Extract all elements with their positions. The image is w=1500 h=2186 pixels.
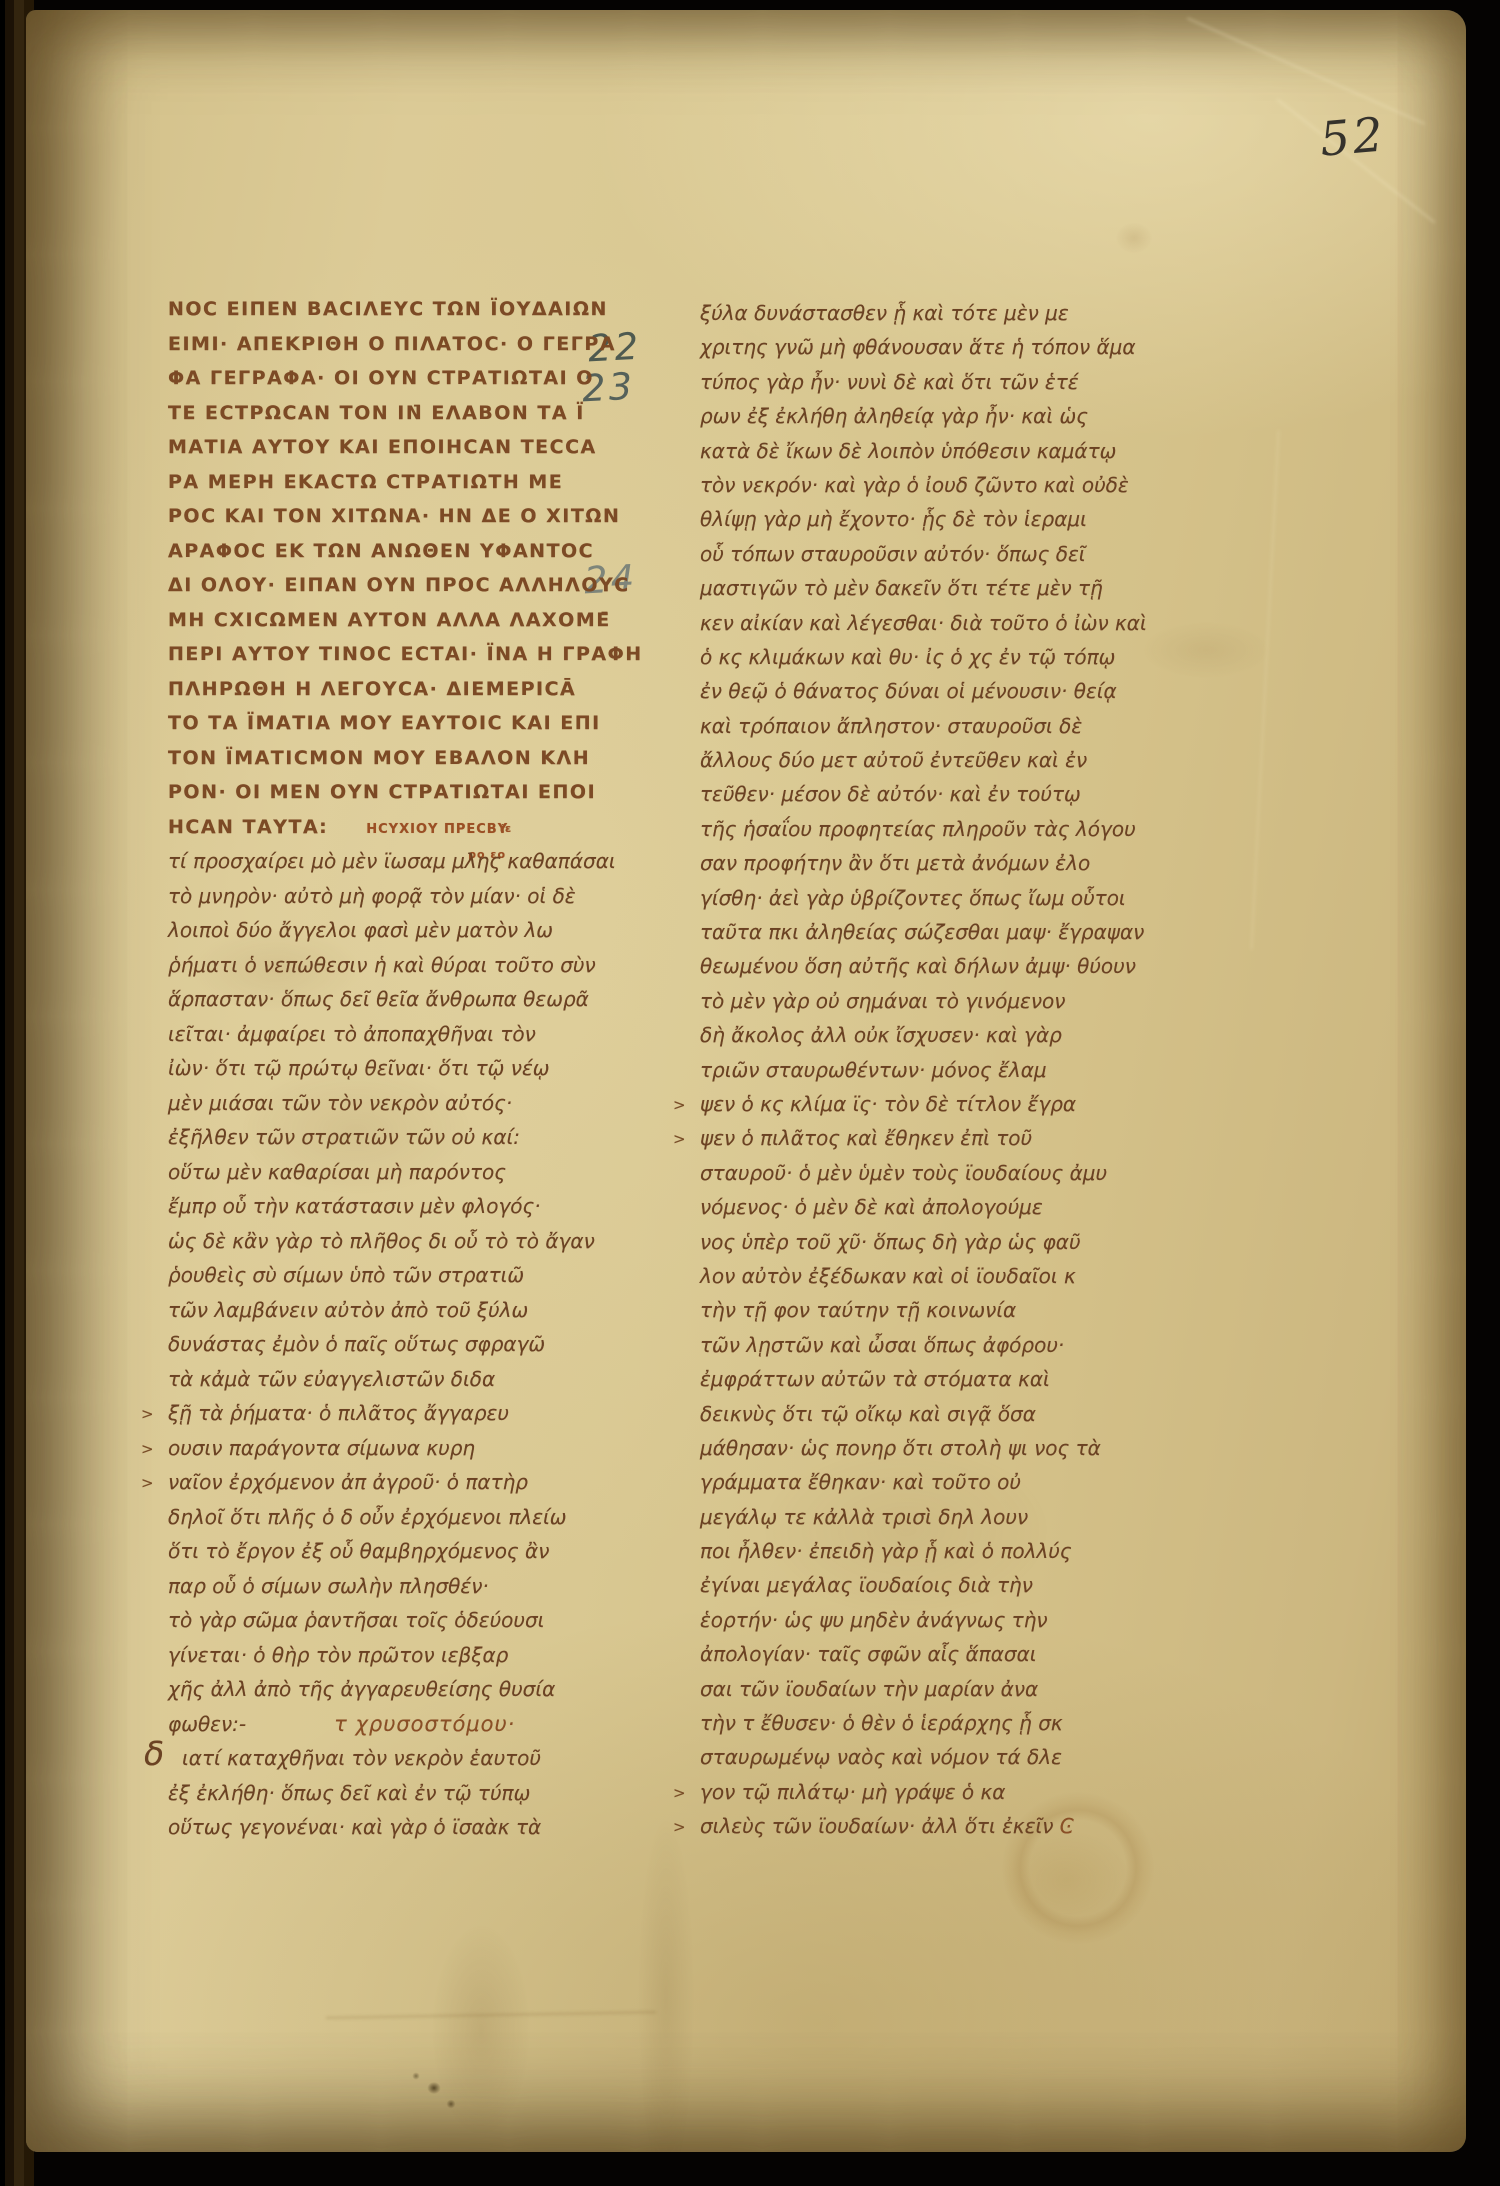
line-text: μαστιγῶν τὸ μὲν δακεῖν ὅτι τέτε μὲν τῇ	[700, 576, 1103, 600]
manuscript-line: σταυροῦ· ὁ μὲν ὑμὲν τοὺς ϊουδαίους ἀμυ	[700, 1156, 1180, 1190]
manuscript-line: ἐν θεῷ ὁ θάνατος δύναι οἱ μένουσιν· θείᾳ	[700, 674, 1180, 708]
line-text: ξῇ τὰ ῥήματα· ὁ πιλᾶτος ἄγγαρευ	[168, 1401, 509, 1425]
manuscript-line: νος ὑπὲρ τοῦ χῦ· ὅπως δὴ γὰρ ὡς φαῦ	[700, 1225, 1180, 1259]
manuscript-line: ἐξῆλθεν τῶν στρατιῶν τῶν οὐ καί:	[168, 1120, 604, 1155]
manuscript-line: καὶ τρόπαιον ἄπληστον· σταυροῦσι δὲ	[700, 709, 1180, 743]
line-text: παρ οὗ ὁ σίμων σωλὴν πλησθέν·	[168, 1574, 489, 1598]
manuscript-line: γίνεται· ὁ θὴρ τὸν πρῶτον ιεβξαρ	[168, 1638, 604, 1673]
line-text: τριῶν σταυρωθέντων· μόνος ἔλαμ	[700, 1058, 1047, 1082]
manuscript-line: φωθεν:-τ χρυσοστόμου·	[168, 1707, 604, 1742]
manuscript-line: ΗϹΑΝ ΤΑΥΤΑ:ΗϹΥΧΙΟΥ ΠΡΕϹΒΥϊερο εο	[168, 810, 604, 845]
line-text: τὸ μὲν γὰρ οὐ σημάναι τὸ γινόμενον	[700, 989, 1065, 1013]
line-text: ὡς δὲ κἂν γὰρ τὸ πλῆθος δι οὗ τὸ τὸ ἄγαν	[168, 1229, 595, 1253]
line-text: σαν προφήτην ἂν ὅτι μετὰ ἀνόμων ἐλο	[700, 851, 1090, 875]
manuscript-line: ἑορτήν· ὡς ψυ μηδὲν ἀνάγνως τὴν	[700, 1603, 1180, 1637]
manuscript-line: μὲν μιάσαι τῶν τὸν νεκρὸν αὐτός·	[168, 1086, 604, 1121]
manuscript-line: >ψεν ὁ κς κλίμα ϊς· τὸν δὲ τίτλον ἔγρα	[700, 1087, 1180, 1121]
line-text: νόμενος· ὁ μὲν δὲ καὶ ἀπολογούμε	[700, 1195, 1043, 1219]
manuscript-line: ΜΗ ϹΧΙϹΩΜΕΝ ΑΥΤΟΝ ΑΛΛΑ ΛΑΧΟΜΕ̄	[168, 603, 604, 638]
line-text: κεν αἰκίαν καὶ λέγεσθαι· διὰ τοῦτο ὁ ἰὼν…	[700, 611, 1147, 635]
line-text: τὴν τ ἔθυσεν· ὁ θὲν ὁ ἱεράρχης ᾗ σκ	[700, 1711, 1063, 1735]
manuscript-line: ΡΟΝ· ΟΙ ΜΕΝ ΟΥΝ ϹΤΡΑΤΙΩΤΑΙ ΕΠΟΙ	[168, 775, 604, 810]
manuscript-line: ῥήματι ὁ νεπώθεσιν ἡ καὶ θύραι τοῦτο σὺν	[168, 948, 604, 983]
line-text: οὗ τόπων σταυροῦσιν αὐτόν· ὅπως δεῖ	[700, 542, 1086, 566]
manuscript-line: γίσθη· ἀεὶ γὰρ ὑβρίζοντες ὅπως ἴωμ οὗτοι	[700, 881, 1180, 915]
manuscript-line: τῶν λαμβάνειν αὐτὸν ἀπὸ τοῦ ξύλω	[168, 1293, 604, 1328]
line-text: χῆς ἀλλ ἀπὸ τῆς ἀγγαρευθείσης θυσία	[168, 1677, 555, 1701]
chrysostom-section-heading: τ χρυσοστόμου·	[334, 1712, 515, 1736]
manuscript-line: >σιλεὺς τῶν ϊουδαίων· ἀλλ ὅτι ἐκεῖν Ͼ	[700, 1809, 1180, 1843]
manuscript-line: οὗ τόπων σταυροῦσιν αὐτόν· ὅπως δεῖ	[700, 537, 1180, 571]
line-text: θεωμένου ὅση αὐτῆς καὶ δήλων ἀμψ· θύουν	[700, 954, 1136, 978]
diple-quote-mark: >	[673, 1088, 686, 1122]
manuscript-line: τί προσχαίρει μὸ μὲν ϊωσαμ μλης καθαπάσα…	[168, 844, 604, 879]
line-text: δυνάστας ἐμὸν ὁ παῖς οὕτως σφραγῶ	[168, 1332, 545, 1356]
line-text: ἰὼν· ὅτι τῷ πρώτῳ θεῖναι· ὅτι τῷ νέῳ	[168, 1056, 550, 1080]
manuscript-line: δεικνὺς ὅτι τῷ οἴκῳ καὶ σιγᾷ ὅσα	[700, 1397, 1180, 1431]
manuscript-line: δυνάστας ἐμὸν ὁ παῖς οὕτως σφραγῶ	[168, 1327, 604, 1362]
end-mark: Ͼ	[1053, 1814, 1073, 1838]
line-text: τὴν τῇ φον ταύτην τῇ κοινωνία	[700, 1298, 1016, 1322]
manuscript-line: ὡς δὲ κἂν γὰρ τὸ πλῆθος δι οὗ τὸ τὸ ἄγαν	[168, 1224, 604, 1259]
line-text: ΑΡΑΦΟϹ ΕΚ ΤΩΝ ΑΝΩΘΕΝ ΥΦΑΝΤΟϹ	[168, 540, 594, 562]
line-text: ξύλα δυνάστασθεν ᾗ καὶ τότε μὲν με	[700, 301, 1069, 325]
line-text: ιεῖται· ἀμφαίρει τὸ ἀποπαχθῆναι τὸν	[168, 1022, 536, 1046]
line-text: ἐξῆλθεν τῶν στρατιῶν τῶν οὐ καί:	[168, 1125, 520, 1149]
line-text: θλίψῃ γὰρ μὴ ἔχοντο· ᾗς δὲ τὸν ἱεραμι	[700, 507, 1087, 531]
line-text: λον αὐτὸν ἐξέδωκαν καὶ οἱ ϊουδαῖοι κ	[700, 1264, 1076, 1288]
manuscript-line: ἅρπασταν· ὅπως δεῖ θεῖα ἄνθρωπα θεωρᾶ	[168, 982, 604, 1017]
line-text: ΜΗ ϹΧΙϹΩΜΕΝ ΑΥΤΟΝ ΑΛΛΑ ΛΑΧΟΜΕ̄	[168, 609, 611, 631]
manuscript-line: οὕτω μὲν καθαρίσαι μὴ παρόντος	[168, 1155, 604, 1190]
line-text: μὲν μιάσαι τῶν τὸν νεκρὸν αὐτός·	[168, 1091, 512, 1115]
line-text: ΤΕ ΕϹΤΡΩϹΑΝ ΤΟΝ ΙΝ̄ ΕΛΑΒΟΝ ΤΑ Ϊ	[168, 402, 585, 424]
line-text: ἐγίναι μεγάλας ϊουδαίοις διὰ τὴν	[700, 1573, 1033, 1597]
manuscript-line: χῆς ἀλλ ἀπὸ τῆς ἀγγαρευθείσης θυσία	[168, 1672, 604, 1707]
manuscript-line: λοιποὶ δύο ἄγγελοι φασὶ μὲν ματὸν λω	[168, 913, 604, 948]
manuscript-line: ὅτι τὸ ἔργον ἐξ οὗ θαμβηρχόμενος ἂν	[168, 1534, 604, 1569]
line-text: σταυρωμένῳ ναὸς καὶ νόμον τά δλε	[700, 1745, 1062, 1769]
line-text: τὸν νεκρόν· καὶ γὰρ ὁ ἰουδ ζῶντο καὶ οὐδ…	[700, 473, 1129, 497]
diple-quote-mark: >	[141, 1432, 154, 1467]
hesychius-attribution: ΗϹΥΧΙΟΥ ΠΡΕϹΒΥϊερο εο	[366, 822, 508, 837]
manuscript-line: τριῶν σταυρωθέντων· μόνος ἔλαμ	[700, 1053, 1180, 1087]
crease-line	[1187, 17, 1425, 125]
manuscript-line: ποι ἦλθεν· ἐπειδὴ γὰρ ᾗ καὶ ὁ πολλύς	[700, 1534, 1180, 1568]
line-text: ιατί καταχθῆναι τὸν νεκρὸν ἑαυτοῦ	[182, 1746, 541, 1770]
line-text: ψεν ὁ κς κλίμα ϊς· τὸν δὲ τίτλον ἔγρα	[700, 1092, 1076, 1116]
manuscript-line: ΤΟ ΤΑ ΪΜΑΤΙΑ ΜΟΥ ΕΑΥΤΟΙϹ ΚΑΙ ΕΠΙ	[168, 706, 604, 741]
manuscript-line: ταῦτα πκι ἀληθείας σώζεσθαι μαψ· ἔγραψαν	[700, 915, 1180, 949]
line-text: τὰ κἀμὰ τῶν εὐαγγελιστῶν διδα	[168, 1367, 495, 1391]
line-text: ΠΕΡΙ ΑΥΤΟΥ ΤΙΝΟϹ ΕϹΤΑΙ· ΪΝΑ Η ΓΡΑΦΗ	[168, 643, 643, 665]
line-text: σιλεὺς τῶν ϊουδαίων· ἀλλ ὅτι ἐκεῖν	[700, 1814, 1053, 1838]
manuscript-line: θεωμένου ὅση αὐτῆς καὶ δήλων ἀμψ· θύουν	[700, 949, 1180, 983]
line-text: οὕτω μὲν καθαρίσαι μὴ παρόντος	[168, 1160, 506, 1184]
manuscript-line: σαν προφήτην ἂν ὅτι μετὰ ἀνόμων ἐλο	[700, 846, 1180, 880]
line-text: δὴ ἄκολος ἀλλ οὐκ ἴσχυσεν· καὶ γὰρ	[700, 1023, 1062, 1047]
manuscript-line: τὴν τῇ φον ταύτην τῇ κοινωνία	[700, 1293, 1180, 1327]
manuscript-line: τεῦθεν· μέσον δὲ αὐτόν· καὶ ἐν τούτῳ	[700, 777, 1180, 811]
line-text: ἐν θεῷ ὁ θάνατος δύναι οἱ μένουσιν· θείᾳ	[700, 679, 1117, 703]
manuscript-line: ἐμφράττων αὐτῶν τὰ στόματα καὶ	[700, 1362, 1180, 1396]
line-text: ρων ἐξ ἐκλήθη ἀληθείᾳ γὰρ ἦν· καὶ ὡς	[700, 404, 1088, 428]
manuscript-line: γράμματα ἔθηκαν· καὶ τοῦτο οὐ	[700, 1465, 1180, 1499]
manuscript-line: παρ οὗ ὁ σίμων σωλὴν πλησθέν·	[168, 1569, 604, 1604]
line-text: ἅρπασταν· ὅπως δεῖ θεῖα ἄνθρωπα θεωρᾶ	[168, 987, 589, 1011]
text-column-right: ξύλα δυνάστασθεν ᾗ καὶ τότε μὲν μεχριτης…	[700, 296, 1180, 1844]
diple-quote-mark: >	[673, 1810, 686, 1844]
manuscript-line: δὴ ἄκολος ἀλλ οὐκ ἴσχυσεν· καὶ γὰρ	[700, 1018, 1180, 1052]
manuscript-line: ΕΙΜΙ· ΑΠΕΚΡΙΘΗ Ο ΠΙΛΑΤΟϹ· Ο ΓΕΓΡΑ	[168, 327, 604, 362]
folio-number: 52	[1318, 107, 1388, 168]
line-text: τῆς ἡσαΐου προφητείας πληροῦν τὰς λόγου	[700, 817, 1136, 841]
manuscript-line: ΔΙ ΟΛΟΥ· ΕΙΠΑΝ ΟΥΝ ΠΡΟϹ ΑΛΛΗΛΟΥϹ	[168, 568, 604, 603]
line-text: μεγάλῳ τε κἀλλὰ τρισὶ δηλ λουν	[700, 1505, 1028, 1529]
manuscript-line: >γον τῷ πιλάτῳ· μὴ γράψε ὁ κα	[700, 1775, 1180, 1809]
manuscript-line: >ξῇ τὰ ῥήματα· ὁ πιλᾶτος ἄγγαρευ	[168, 1396, 604, 1431]
parchment-page: 52 22 23 24 ΝΟϹ ΕΙΠΕΝ ΒΑϹΙΛΕΥϹ ΤΩΝ ΪΟΥΔΑ…	[26, 10, 1466, 2152]
manuscript-line: τὸ γὰρ σῶμα ῥαντῆσαι τοῖς ὁδεύουσι	[168, 1603, 604, 1638]
manuscript-line: τὴν τ ἔθυσεν· ὁ θὲν ὁ ἱεράρχης ᾗ σκ	[700, 1706, 1180, 1740]
manuscript-line: ῥουθεὶς σὺ σίμων ὑπὸ τῶν στρατιῶ	[168, 1258, 604, 1293]
manuscript-line: ἐγίναι μεγάλας ϊουδαίοις διὰ τὴν	[700, 1568, 1180, 1602]
manuscript-line: >ουσιν παράγοντα σίμωνα κυρη	[168, 1431, 604, 1466]
manuscript-line: >ναῖον ἐρχόμενον ἀπ ἀγροῦ· ὁ πατὴρ	[168, 1465, 604, 1500]
line-text: ταῦτα πκι ἀληθείας σώζεσθαι μαψ· ἔγραψαν	[700, 920, 1144, 944]
line-text: τύπος γὰρ ἦν· νυνὶ δὲ καὶ ὅτι τῶν ἑτέ	[700, 370, 1079, 394]
line-text: δηλοῖ ὅτι πλῆς ὁ δ οὖν ἐρχόμενοι πλείω	[168, 1505, 567, 1529]
manuscript-line: ΑΡΑΦΟϹ ΕΚ ΤΩΝ ΑΝΩΘΕΝ ΥΦΑΝΤΟϹ	[168, 534, 604, 569]
manuscript-line: >ψεν ὁ πιλᾶτος καὶ ἔθηκεν ἐπὶ τοῦ	[700, 1121, 1180, 1155]
line-text: ΝΟϹ ΕΙΠΕΝ ΒΑϹΙΛΕΥϹ ΤΩΝ ΪΟΥΔΑΙΩΝ	[168, 298, 608, 320]
line-text: γράμματα ἔθηκαν· καὶ τοῦτο οὐ	[700, 1470, 1021, 1494]
manuscript-line: ξύλα δυνάστασθεν ᾗ καὶ τότε μὲν με	[700, 296, 1180, 330]
line-text: χριτης γνῶ μὴ φθάνουσαν ἅτε ἡ τόπον ἅμα	[700, 335, 1136, 359]
manuscript-line: ΜΑΤΙΑ ΑΥΤΟΥ ΚΑΙ ΕΠΟΙΗϹΑΝ ΤΕϹϹΑ	[168, 430, 604, 465]
manuscript-line: ΤΟΝ ΪΜΑΤΙϹΜΟΝ ΜΟΥ ΕΒΑΛΟΝ ΚΛΗ	[168, 741, 604, 776]
manuscript-line: χριτης γνῶ μὴ φθάνουσαν ἅτε ἡ τόπον ἅμα	[700, 330, 1180, 364]
line-text: γίσθη· ἀεὶ γὰρ ὑβρίζοντες ὅπως ἴωμ οὗτοι	[700, 886, 1126, 910]
manuscript-line: ΡΑ ΜΕΡΗ ΕΚΑϹΤΩ ϹΤΡΑΤΙΩΤΗ ΜΕ	[168, 465, 604, 500]
manuscript-line: ΠΕΡΙ ΑΥΤΟΥ ΤΙΝΟϹ ΕϹΤΑΙ· ΪΝΑ Η ΓΡΑΦΗ	[168, 637, 604, 672]
manuscript-line: ἄλλους δύο μετ αὐτοῦ ἐντεῦθεν καὶ ἐν	[700, 743, 1180, 777]
manuscript-line: ΠΛΗΡΩΘΗ Η ΛΕΓΟΥϹΑ· ΔΙΕΜΕΡΙϹᾹ	[168, 672, 604, 707]
manuscript-line: νόμενος· ὁ μὲν δὲ καὶ ἀπολογούμε	[700, 1190, 1180, 1224]
manuscript-line: λον αὐτὸν ἐξέδωκαν καὶ οἱ ϊουδαῖοι κ	[700, 1259, 1180, 1293]
manuscript-line: μαστιγῶν τὸ μὲν δακεῖν ὅτι τέτε μὲν τῇ	[700, 571, 1180, 605]
line-text: ΡΑ ΜΕΡΗ ΕΚΑϹΤΩ ϹΤΡΑΤΙΩΤΗ ΜΕ	[168, 471, 563, 493]
line-text: τί προσχαίρει μὸ μὲν ϊωσαμ μλης καθαπάσα…	[168, 849, 616, 873]
crease-line	[326, 2011, 656, 2019]
line-text: ψεν ὁ πιλᾶτος καὶ ἔθηκεν ἐπὶ τοῦ	[700, 1126, 1032, 1150]
manuscript-line: ὁ κς κλιμάκων καὶ θυ· ἰς ὁ χς ἐν τῷ τόπῳ	[700, 640, 1180, 674]
manuscript-line: ἔμπρ οὗ τὴν κατάστασιν μὲν φλογός·	[168, 1189, 604, 1224]
line-text: ΗϹΑΝ ΤΑΥΤΑ:	[168, 816, 328, 838]
line-text: τὸ μνηρὸν· αὐτὸ μὴ φορᾷ τὸν μίαν· οἱ δὲ	[168, 884, 576, 908]
line-text: δεικνὺς ὅτι τῷ οἴκῳ καὶ σιγᾷ ὅσα	[700, 1402, 1036, 1426]
manuscript-line: ρων ἐξ ἐκλήθη ἀληθείᾳ γὰρ ἦν· καὶ ὡς	[700, 399, 1180, 433]
diple-quote-mark: >	[673, 1122, 686, 1156]
line-text: οὕτως γεγονέναι· καὶ γὰρ ὁ ϊσαὰκ τὰ	[168, 1815, 541, 1839]
line-text: ἄλλους δύο μετ αὐτοῦ ἐντεῦθεν καὶ ἐν	[700, 748, 1087, 772]
line-text: ΠΛΗΡΩΘΗ Η ΛΕΓΟΥϹΑ· ΔΙΕΜΕΡΙϹᾹ	[168, 678, 576, 700]
manuscript-line: ΝΟϹ ΕΙΠΕΝ ΒΑϹΙΛΕΥϹ ΤΩΝ ΪΟΥΔΑΙΩΝ	[168, 292, 604, 327]
manuscript-line: σταυρωμένῳ ναὸς καὶ νόμον τά δλε	[700, 1740, 1180, 1774]
manuscript-line: τὸ μὲν γὰρ οὐ σημάναι τὸ γινόμενον	[700, 984, 1180, 1018]
line-text: σταυροῦ· ὁ μὲν ὑμὲν τοὺς ϊουδαίους ἀμυ	[700, 1161, 1107, 1185]
line-text: σαι τῶν ϊουδαίων τὴν μαρίαν ἀνα	[700, 1677, 1038, 1701]
manuscript-line: δηλοῖ ὅτι πλῆς ὁ δ οὖν ἐρχόμενοι πλείω	[168, 1500, 604, 1535]
line-text: νος ὑπὲρ τοῦ χῦ· ὅπως δὴ γὰρ ὡς φαῦ	[700, 1230, 1081, 1254]
line-text: τῶν λῃστῶν καὶ ὦσαι ὅπως ἀφόρου·	[700, 1333, 1064, 1357]
manuscript-line: τῶν λῃστῶν καὶ ὦσαι ὅπως ἀφόρου·	[700, 1328, 1180, 1362]
line-text: ΤΟ ΤΑ ΪΜΑΤΙΑ ΜΟΥ ΕΑΥΤΟΙϹ ΚΑΙ ΕΠΙ	[168, 712, 601, 734]
line-text: ῥουθεὶς σὺ σίμων ὑπὸ τῶν στρατιῶ	[168, 1263, 524, 1287]
diple-quote-mark: >	[141, 1397, 154, 1432]
line-text: ἀπολογίαν· ταῖς σφῶν αἷς ἅπασαι	[700, 1642, 1037, 1666]
line-text: ΡΟΝ· ΟΙ ΜΕΝ ΟΥΝ ϹΤΡΑΤΙΩΤΑΙ ΕΠΟΙ	[168, 781, 596, 803]
line-text: ἐξ ἐκλήθη· ὅπως δεῖ καὶ ἐν τῷ τύπῳ	[168, 1781, 530, 1805]
line-text: ὅτι τὸ ἔργον ἐξ οὗ θαμβηρχόμενος ἂν	[168, 1539, 549, 1563]
crease-line	[1250, 430, 1279, 949]
manuscript-line: τῆς ἡσαΐου προφητείας πληροῦν τὰς λόγου	[700, 812, 1180, 846]
manuscript-line: μεγάλῳ τε κἀλλὰ τρισὶ δηλ λουν	[700, 1500, 1180, 1534]
line-text: τεῦθεν· μέσον δὲ αὐτόν· καὶ ἐν τούτῳ	[700, 782, 1081, 806]
line-text: μάθησαν· ὡς πονηρ ὅτι στολὴ ψι νος τὰ	[700, 1436, 1101, 1460]
manuscript-line: τὸ μνηρὸν· αὐτὸ μὴ φορᾷ τὸν μίαν· οἱ δὲ	[168, 879, 604, 914]
manuscript-line: ἀπολογίαν· ταῖς σφῶν αἷς ἅπασαι	[700, 1637, 1180, 1671]
line-text: τὸ γὰρ σῶμα ῥαντῆσαι τοῖς ὁδεύουσι	[168, 1608, 544, 1632]
line-text: γον τῷ πιλάτῳ· μὴ γράψε ὁ κα	[700, 1780, 1005, 1804]
line-text: ΔΙ ΟΛΟΥ· ΕΙΠΑΝ ΟΥΝ ΠΡΟϹ ΑΛΛΗΛΟΥϹ	[168, 574, 630, 596]
manuscript-line: ΦΑ ΓΕΓΡΑΦΑ· ΟΙ ΟΥΝ ϹΤΡΑΤΙΩΤΑΙ Ο	[168, 361, 604, 396]
line-text: κατὰ δὲ ἴκων δὲ λοιπὸν ὑπόθεσιν καμάτῳ	[700, 439, 1116, 463]
manuscript-line: κεν αἰκίαν καὶ λέγεσθαι· διὰ τοῦτο ὁ ἰὼν…	[700, 606, 1180, 640]
line-text: ΕΙΜΙ· ΑΠΕΚΡΙΘΗ Ο ΠΙΛΑΤΟϹ· Ο ΓΕΓΡΑ	[168, 333, 616, 355]
line-text: φωθεν:-	[168, 1712, 246, 1736]
line-text: ποι ἦλθεν· ἐπειδὴ γὰρ ᾗ καὶ ὁ πολλύς	[700, 1539, 1072, 1563]
line-text: ὁ κς κλιμάκων καὶ θυ· ἰς ὁ χς ἐν τῷ τόπῳ	[700, 645, 1115, 669]
diple-quote-mark: >	[141, 1466, 154, 1501]
line-text: ΤΟΝ ΪΜΑΤΙϹΜΟΝ ΜΟΥ ΕΒΑΛΟΝ ΚΛΗ	[168, 747, 590, 769]
manuscript-line: ιεῖται· ἀμφαίρει τὸ ἀποπαχθῆναι τὸν	[168, 1017, 604, 1052]
diple-quote-mark: >	[673, 1776, 686, 1810]
line-text: λοιποὶ δύο ἄγγελοι φασὶ μὲν ματὸν λω	[168, 918, 553, 942]
manuscript-line: ἰὼν· ὅτι τῷ πρώτῳ θεῖναι· ὅτι τῷ νέῳ	[168, 1051, 604, 1086]
line-text: καὶ τρόπαιον ἄπληστον· σταυροῦσι δὲ	[700, 714, 1082, 738]
manuscript-line: διατί καταχθῆναι τὸν νεκρὸν ἑαυτοῦ	[168, 1741, 604, 1776]
manuscript-line: σαι τῶν ϊουδαίων τὴν μαρίαν ἀνα	[700, 1672, 1180, 1706]
line-text: ἐμφράττων αὐτῶν τὰ στόματα καὶ	[700, 1367, 1050, 1391]
manuscript-line: θλίψῃ γὰρ μὴ ἔχοντο· ᾗς δὲ τὸν ἱεραμι	[700, 502, 1180, 536]
manuscript-line: ΡΟϹ ΚΑΙ ΤΟΝ ΧΙΤΩΝΑ· ΗΝ ΔΕ Ο ΧΙΤΩΝ	[168, 499, 604, 534]
manuscript-photo: 52 22 23 24 ΝΟϹ ΕΙΠΕΝ ΒΑϹΙΛΕΥϹ ΤΩΝ ΪΟΥΔΑ…	[0, 0, 1500, 2186]
line-text: ἔμπρ οὗ τὴν κατάστασιν μὲν φλογός·	[168, 1194, 541, 1218]
line-text: ναῖον ἐρχόμενον ἀπ ἀγροῦ· ὁ πατὴρ	[168, 1470, 528, 1494]
manuscript-line: τὸν νεκρόν· καὶ γὰρ ὁ ἰουδ ζῶντο καὶ οὐδ…	[700, 468, 1180, 502]
manuscript-line: οὕτως γεγονέναι· καὶ γὰρ ὁ ϊσαὰκ τὰ	[168, 1810, 604, 1845]
manuscript-line: τὰ κἀμὰ τῶν εὐαγγελιστῶν διδα	[168, 1362, 604, 1397]
line-text: ΦΑ ΓΕΓΡΑΦΑ· ΟΙ ΟΥΝ ϹΤΡΑΤΙΩΤΑΙ Ο	[168, 367, 594, 389]
manuscript-line: ΤΕ ΕϹΤΡΩϹΑΝ ΤΟΝ ΙΝ̄ ΕΛΑΒΟΝ ΤΑ Ϊ	[168, 396, 604, 431]
line-text: ουσιν παράγοντα σίμωνα κυρη	[168, 1436, 475, 1460]
enlarged-initial-letter: δ	[144, 1737, 164, 1772]
line-text: ἑορτήν· ὡς ψυ μηδὲν ἀνάγνως τὴν	[700, 1608, 1048, 1632]
line-text: γίνεται· ὁ θὴρ τὸν πρῶτον ιεβξαρ	[168, 1643, 508, 1667]
manuscript-line: μάθησαν· ὡς πονηρ ὅτι στολὴ ψι νος τὰ	[700, 1431, 1180, 1465]
line-text: τῶν λαμβάνειν αὐτὸν ἀπὸ τοῦ ξύλω	[168, 1298, 528, 1322]
manuscript-line: τύπος γὰρ ἦν· νυνὶ δὲ καὶ ὅτι τῶν ἑτέ	[700, 365, 1180, 399]
text-column-left: ΝΟϹ ΕΙΠΕΝ ΒΑϹΙΛΕΥϹ ΤΩΝ ΪΟΥΔΑΙΩΝΕΙΜΙ· ΑΠΕ…	[168, 292, 604, 1845]
manuscript-line: κατὰ δὲ ἴκων δὲ λοιπὸν ὑπόθεσιν καμάτῳ	[700, 434, 1180, 468]
line-text: ῥήματι ὁ νεπώθεσιν ἡ καὶ θύραι τοῦτο σὺν	[168, 953, 596, 977]
line-text: ΜΑΤΙΑ ΑΥΤΟΥ ΚΑΙ ΕΠΟΙΗϹΑΝ ΤΕϹϹΑ	[168, 436, 597, 458]
line-text: ΡΟϹ ΚΑΙ ΤΟΝ ΧΙΤΩΝΑ· ΗΝ ΔΕ Ο ΧΙΤΩΝ	[168, 505, 620, 527]
manuscript-line: ἐξ ἐκλήθη· ὅπως δεῖ καὶ ἐν τῷ τύπῳ	[168, 1776, 604, 1811]
